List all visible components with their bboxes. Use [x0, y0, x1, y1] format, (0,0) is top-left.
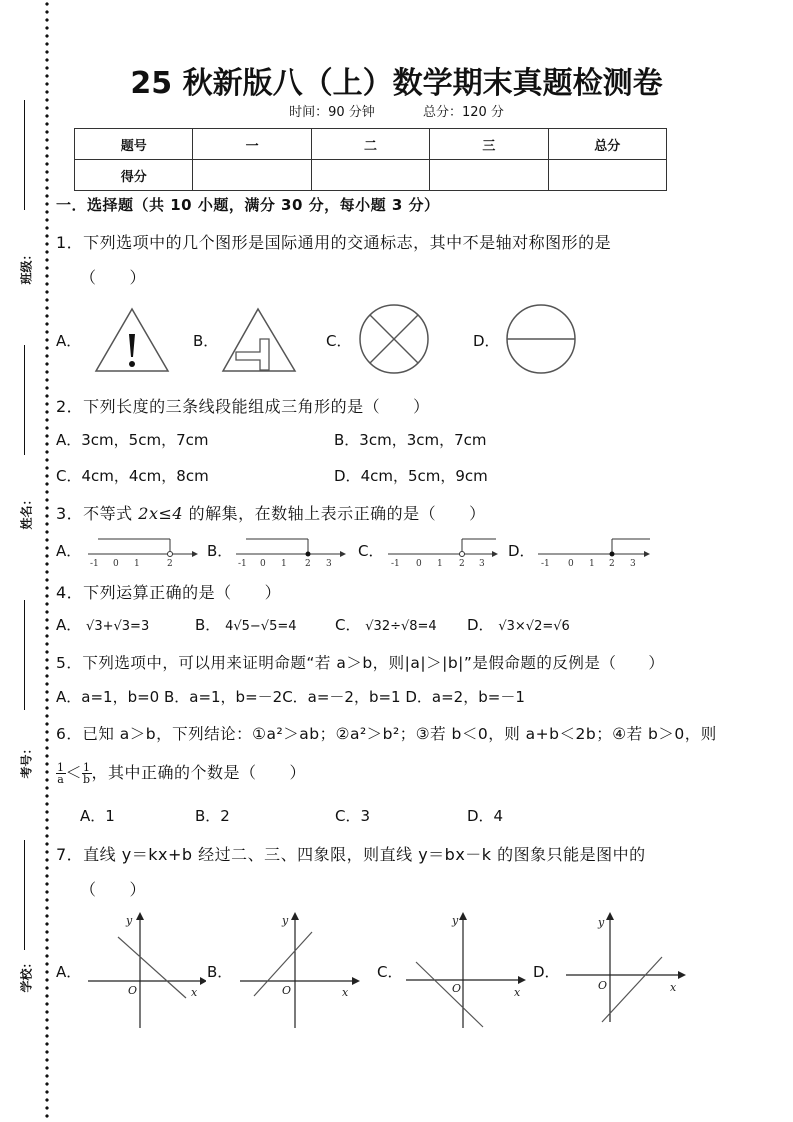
q3-option-c-label[interactable]: C．: [358, 540, 383, 561]
q5-options[interactable]: A．a=1，b=0 B．a=1，b=－2C．a=－2，b=1 D．a=2，b=－…: [56, 686, 525, 707]
q4-option-a-expr: √3+√3=3: [86, 619, 149, 634]
fraction-1-over-a: 1a: [56, 762, 66, 785]
q4-option-d-label: D．: [467, 616, 494, 634]
q1-answer-bracket: （ ）: [80, 265, 146, 288]
q1-option-d-label[interactable]: D．: [473, 330, 500, 351]
score-input-part-1[interactable]: [193, 160, 311, 191]
q7-option-d-label[interactable]: D．: [533, 961, 560, 982]
score-input-part-2[interactable]: [311, 160, 429, 191]
score-table: 题号 一 二 三 总分 得分: [74, 128, 667, 191]
score-input-total[interactable]: [548, 160, 666, 191]
q3-stem-prefix: 3．不等式: [56, 504, 138, 523]
q7-answer-bracket: （ ）: [80, 877, 146, 900]
exam-number-field-line[interactable]: [24, 600, 25, 710]
svg-text:y: y: [125, 914, 133, 927]
q3-option-d-label[interactable]: D．: [508, 540, 535, 561]
number-line-c: -10123: [388, 534, 498, 568]
q6-option-c[interactable]: C．3: [335, 805, 370, 826]
section-heading: 一．选择题（共 10 小题，满分 30 分，每小题 3 分）: [56, 194, 440, 215]
t-junction-sign-icon: [221, 305, 301, 375]
binding-dotted-line: [45, 0, 49, 1122]
q4-option-b-expr: 4√5−√5=4: [225, 619, 296, 634]
svg-text:1: 1: [281, 559, 287, 568]
svg-text:O: O: [452, 982, 461, 995]
q2-option-d-value: 4cm，5cm，9cm: [361, 467, 488, 485]
svg-text:1: 1: [589, 559, 595, 568]
q4-option-c[interactable]: C． √32÷√8=4: [335, 614, 437, 635]
q6-stem-line1: 6．已知 a＞b，下列结论：①a²＞ab；②a²＞b²；③若 b＜0，则 a+b…: [56, 722, 717, 744]
svg-text:y: y: [597, 916, 605, 929]
exam-number-field-label: 考号：: [18, 741, 35, 781]
graph-b: yOx: [240, 910, 360, 1028]
q2-option-b[interactable]: B．3cm，3cm，7cm: [334, 429, 487, 450]
q5-stem: 5．下列选项中，可以用来证明命题“若 a＞b，则|a|＞|b|”是假命题的反例是…: [56, 651, 664, 673]
q2-option-b-value: 3cm，3cm，7cm: [359, 431, 486, 449]
svg-text:-1: -1: [391, 559, 400, 568]
graph-d: yOx: [566, 910, 686, 1028]
cell-total: 总分: [548, 129, 666, 160]
svg-text:x: x: [670, 981, 677, 994]
cell-score-label: 得分: [75, 160, 193, 191]
q2-option-a[interactable]: A．3cm，5cm，7cm: [56, 429, 208, 450]
svg-text:0: 0: [416, 559, 422, 568]
q1-stem: 1．下列选项中的几个图形是国际通用的交通标志，其中不是轴对称图形的是: [56, 230, 611, 253]
q2-stem: 2．下列长度的三条线段能组成三角形的是（ ）: [56, 394, 430, 417]
circle-line-sign-icon: [504, 302, 578, 376]
q4-option-d-expr: √3×√2=√6: [498, 619, 569, 634]
svg-text:O: O: [598, 979, 607, 992]
svg-text:O: O: [282, 984, 291, 997]
q1-option-c-label[interactable]: C．: [326, 330, 351, 351]
cell-part-2: 二: [311, 129, 429, 160]
graph-c: yOx: [406, 910, 526, 1028]
exam-time: 时间：90 分钟: [289, 105, 375, 120]
number-line-b: -10123: [236, 534, 346, 568]
svg-text:-1: -1: [238, 559, 247, 568]
q4-stem: 4．下列运算正确的是（ ）: [56, 580, 281, 603]
svg-text:3: 3: [479, 559, 485, 568]
q2-option-d[interactable]: D．4cm，5cm，9cm: [334, 465, 488, 486]
score-table-header-row: 题号 一 二 三 总分: [75, 129, 667, 160]
q6-option-b[interactable]: B．2: [195, 805, 230, 826]
class-field-label: 班级：: [18, 247, 35, 287]
q6-option-a[interactable]: A．1: [80, 805, 115, 826]
graph-a: yOx: [86, 910, 206, 1028]
name-field-label: 姓名：: [18, 492, 35, 532]
q4-option-c-expr: √32÷√8=4: [365, 619, 436, 634]
q6-stem-line2: 1a＜1b，其中正确的个数是（ ）: [56, 760, 306, 785]
q4-option-b[interactable]: B． 4√5−√5=4: [195, 614, 297, 635]
svg-text:2: 2: [459, 559, 465, 568]
q7-option-a-label[interactable]: A．: [56, 961, 81, 982]
svg-text:y: y: [451, 914, 459, 927]
q2-option-c-label: C．: [56, 467, 81, 485]
exam-info: 时间：90 分钟 总分：120 分: [0, 101, 793, 120]
q7-option-b-label[interactable]: B．: [207, 961, 232, 982]
svg-text:2: 2: [609, 559, 615, 568]
q7-stem: 7．直线 y＝kx+b 经过二、三、四象限，则直线 y＝bx－k 的图象只能是图…: [56, 842, 646, 865]
cell-question-number: 题号: [75, 129, 193, 160]
svg-text:x: x: [191, 986, 198, 999]
svg-text:1: 1: [437, 559, 443, 568]
q3-stem-suffix: 的解集，在数轴上表示正确的是（ ）: [183, 504, 486, 523]
svg-text:2: 2: [305, 559, 311, 568]
cell-part-3: 三: [430, 129, 548, 160]
svg-text:-1: -1: [90, 559, 99, 568]
warning-triangle-icon: [92, 305, 172, 375]
q2-option-a-label: A．: [56, 431, 81, 449]
svg-text:0: 0: [113, 559, 119, 568]
name-field-line[interactable]: [24, 345, 25, 455]
svg-text:x: x: [342, 986, 349, 999]
q3-stem: 3．不等式 2x≤4 的解集，在数轴上表示正确的是（ ）: [56, 501, 486, 524]
svg-text:3: 3: [630, 559, 636, 568]
number-line-a: -10123: [88, 534, 198, 568]
q4-option-d[interactable]: D． √3×√2=√6: [467, 614, 570, 635]
svg-text:x: x: [514, 986, 521, 999]
q1-option-a-label[interactable]: A．: [56, 330, 81, 351]
school-field-line[interactable]: [24, 840, 25, 950]
svg-text:O: O: [128, 984, 137, 997]
q3-inequality: 2x≤4: [138, 504, 183, 523]
svg-text:0: 0: [568, 559, 574, 568]
q3-option-a-label[interactable]: A．: [56, 540, 81, 561]
q2-option-b-label: B．: [334, 431, 359, 449]
svg-text:y: y: [281, 914, 289, 927]
svg-text:3: 3: [326, 559, 332, 568]
q4-option-c-label: C．: [335, 616, 360, 634]
q6-stem-suffix: ，其中正确的个数是（ ）: [92, 763, 307, 782]
q7-option-c-label[interactable]: C．: [377, 961, 402, 982]
svg-text:2: 2: [167, 559, 173, 568]
q4-option-a-label: A．: [56, 616, 81, 634]
svg-text:0: 0: [260, 559, 266, 568]
q1-option-b-label[interactable]: B．: [193, 330, 218, 351]
q2-option-a-value: 3cm，5cm，7cm: [81, 431, 208, 449]
svg-text:-1: -1: [541, 559, 550, 568]
q4-option-a[interactable]: A． √3+√3=3: [56, 614, 149, 635]
q6-option-d[interactable]: D．4: [467, 805, 503, 826]
exam-total-score: 总分：120 分: [423, 105, 504, 120]
score-table-score-row: 得分: [75, 160, 667, 191]
school-field-label: 学校：: [18, 955, 35, 995]
score-input-part-3[interactable]: [430, 160, 548, 191]
q3-option-b-label[interactable]: B．: [207, 540, 232, 561]
q2-option-c[interactable]: C．4cm，4cm，8cm: [56, 465, 209, 486]
fraction-1-over-b: 1b: [82, 762, 92, 785]
page-title: 25 秋新版八（上）数学期末真题检测卷: [0, 58, 793, 102]
circle-x-sign-icon: [357, 302, 431, 376]
q2-option-c-value: 4cm，4cm，8cm: [81, 467, 208, 485]
q4-option-b-label: B．: [195, 616, 220, 634]
number-line-d: -10123: [538, 534, 650, 568]
svg-text:1: 1: [134, 559, 140, 568]
q2-option-d-label: D．: [334, 467, 361, 485]
cell-part-1: 一: [193, 129, 311, 160]
